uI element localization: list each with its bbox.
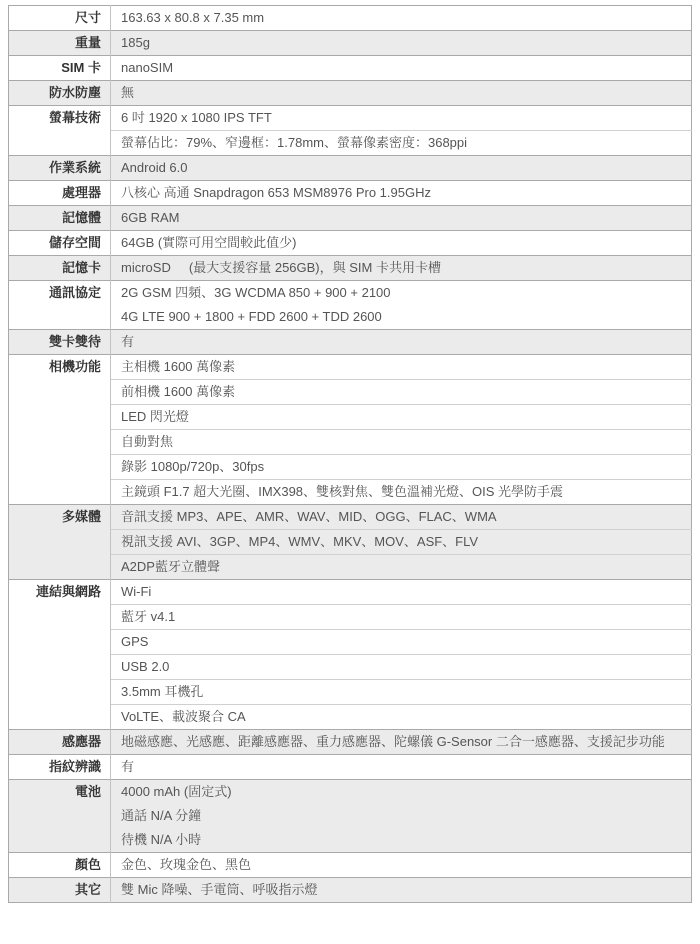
spec-value: 雙 Mic 降噪、手電筒、呼吸指示燈: [111, 878, 692, 903]
spec-row: 自動對焦: [9, 430, 692, 455]
spec-value: 3.5mm 耳機孔: [111, 680, 692, 705]
spec-row: SIM 卡nanoSIM: [9, 56, 692, 81]
spec-value: 64GB (實際可用空間較此值少): [111, 231, 692, 256]
spec-value: nanoSIM: [111, 56, 692, 81]
spec-row: 主鏡頭 F1.7 超大光圈、IMX398、雙核對焦、雙色溫補光燈、OIS 光學防…: [9, 480, 692, 505]
spec-row: 3.5mm 耳機孔: [9, 680, 692, 705]
spec-value: 無: [111, 81, 692, 106]
spec-row: 雙卡雙待有: [9, 330, 692, 355]
spec-value-line: 4000 mAh (固定式): [121, 780, 685, 804]
spec-value: 主相機 1600 萬像素: [111, 355, 692, 380]
spec-value: 6GB RAM: [111, 206, 692, 231]
spec-label: 通訊協定: [9, 281, 111, 330]
spec-value: 有: [111, 755, 692, 780]
spec-table: 尺寸163.63 x 80.8 x 7.35 mm重量185gSIM 卡nano…: [8, 5, 692, 903]
spec-row: 指紋辨識有: [9, 755, 692, 780]
spec-value: 6 吋 1920 x 1080 IPS TFT: [111, 106, 692, 131]
spec-row: 重量185g: [9, 31, 692, 56]
spec-row: 顏色金色、玫瑰金色、黑色: [9, 853, 692, 878]
spec-value: LED 閃光燈: [111, 405, 692, 430]
spec-label: 雙卡雙待: [9, 330, 111, 355]
spec-value: 八核心 高通 Snapdragon 653 MSM8976 Pro 1.95GH…: [111, 181, 692, 206]
spec-value: Android 6.0: [111, 156, 692, 181]
spec-row: 電池4000 mAh (固定式)通話 N/A 分鐘待機 N/A 小時: [9, 780, 692, 853]
spec-row: 防水防塵無: [9, 81, 692, 106]
spec-row: 記憶體6GB RAM: [9, 206, 692, 231]
spec-label: 記憶體: [9, 206, 111, 231]
spec-value: 主鏡頭 F1.7 超大光圈、IMX398、雙核對焦、雙色溫補光燈、OIS 光學防…: [111, 480, 692, 505]
spec-value-line: 待機 N/A 小時: [121, 828, 685, 852]
spec-row: 前相機 1600 萬像素: [9, 380, 692, 405]
spec-value: 錄影 1080p/720p、30fps: [111, 455, 692, 480]
spec-label: 其它: [9, 878, 111, 903]
spec-label: 顏色: [9, 853, 111, 878]
spec-label: 儲存空間: [9, 231, 111, 256]
spec-value: 金色、玫瑰金色、黑色: [111, 853, 692, 878]
spec-label: 多媒體: [9, 505, 111, 580]
spec-row: 儲存空間64GB (實際可用空間較此值少): [9, 231, 692, 256]
spec-value-line: 4G LTE 900 + 1800 + FDD 2600 + TDD 2600: [121, 305, 685, 329]
spec-row: USB 2.0: [9, 655, 692, 680]
spec-row: 螢幕技術6 吋 1920 x 1080 IPS TFT: [9, 106, 692, 131]
spec-label: 感應器: [9, 730, 111, 755]
spec-label: SIM 卡: [9, 56, 111, 81]
spec-label: 記憶卡: [9, 256, 111, 281]
spec-value: 視訊支援 AVI、3GP、MP4、WMV、MKV、MOV、ASF、FLV: [111, 530, 692, 555]
spec-row: 相機功能主相機 1600 萬像素: [9, 355, 692, 380]
spec-value: 螢幕佔比：79%、窄邊框：1.78mm、螢幕像素密度：368ppi: [111, 131, 692, 156]
spec-label: 處理器: [9, 181, 111, 206]
spec-row: 感應器地磁感應、光感應、距離感應器、重力感應器、陀螺儀 G-Sensor 二合一…: [9, 730, 692, 755]
spec-row: A2DP藍牙立體聲: [9, 555, 692, 580]
spec-value: 前相機 1600 萬像素: [111, 380, 692, 405]
spec-label: 螢幕技術: [9, 106, 111, 156]
spec-label: 尺寸: [9, 6, 111, 31]
spec-label: 電池: [9, 780, 111, 853]
spec-value: microSD (最大支援容量 256GB)，與 SIM 卡共用卡槽: [111, 256, 692, 281]
spec-row: 多媒體音訊支援 MP3、APE、AMR、WAV、MID、OGG、FLAC、WMA: [9, 505, 692, 530]
spec-value: 185g: [111, 31, 692, 56]
spec-row: 螢幕佔比：79%、窄邊框：1.78mm、螢幕像素密度：368ppi: [9, 131, 692, 156]
spec-value: 2G GSM 四頻、3G WCDMA 850 + 900 + 21004G LT…: [111, 281, 692, 330]
spec-value: 有: [111, 330, 692, 355]
spec-row: GPS: [9, 630, 692, 655]
spec-value-line: 2G GSM 四頻、3G WCDMA 850 + 900 + 2100: [121, 281, 685, 305]
spec-row: 視訊支援 AVI、3GP、MP4、WMV、MKV、MOV、ASF、FLV: [9, 530, 692, 555]
spec-row: LED 閃光燈: [9, 405, 692, 430]
spec-row: 其它雙 Mic 降噪、手電筒、呼吸指示燈: [9, 878, 692, 903]
spec-value: 4000 mAh (固定式)通話 N/A 分鐘待機 N/A 小時: [111, 780, 692, 853]
spec-row: 尺寸163.63 x 80.8 x 7.35 mm: [9, 6, 692, 31]
spec-value: 音訊支援 MP3、APE、AMR、WAV、MID、OGG、FLAC、WMA: [111, 505, 692, 530]
spec-value: 163.63 x 80.8 x 7.35 mm: [111, 6, 692, 31]
spec-row: 藍牙 v4.1: [9, 605, 692, 630]
spec-table-body: 尺寸163.63 x 80.8 x 7.35 mm重量185gSIM 卡nano…: [9, 6, 692, 903]
spec-row: 通訊協定2G GSM 四頻、3G WCDMA 850 + 900 + 21004…: [9, 281, 692, 330]
spec-value: 藍牙 v4.1: [111, 605, 692, 630]
spec-value: Wi-Fi: [111, 580, 692, 605]
spec-label: 連結與網路: [9, 580, 111, 730]
spec-label: 作業系統: [9, 156, 111, 181]
spec-value: USB 2.0: [111, 655, 692, 680]
spec-row: 作業系統Android 6.0: [9, 156, 692, 181]
spec-row: VoLTE、載波聚合 CA: [9, 705, 692, 730]
spec-row: 記憶卡microSD (最大支援容量 256GB)，與 SIM 卡共用卡槽: [9, 256, 692, 281]
spec-value: 自動對焦: [111, 430, 692, 455]
spec-value: GPS: [111, 630, 692, 655]
spec-value: 地磁感應、光感應、距離感應器、重力感應器、陀螺儀 G-Sensor 二合一感應器…: [111, 730, 692, 755]
spec-value: VoLTE、載波聚合 CA: [111, 705, 692, 730]
spec-label: 防水防塵: [9, 81, 111, 106]
spec-label: 指紋辨識: [9, 755, 111, 780]
spec-sheet: 尺寸163.63 x 80.8 x 7.35 mm重量185gSIM 卡nano…: [0, 0, 700, 907]
spec-value: A2DP藍牙立體聲: [111, 555, 692, 580]
spec-label: 相機功能: [9, 355, 111, 505]
spec-label: 重量: [9, 31, 111, 56]
spec-row: 錄影 1080p/720p、30fps: [9, 455, 692, 480]
spec-value-line: 通話 N/A 分鐘: [121, 804, 685, 828]
spec-row: 處理器八核心 高通 Snapdragon 653 MSM8976 Pro 1.9…: [9, 181, 692, 206]
spec-row: 連結與網路Wi-Fi: [9, 580, 692, 605]
